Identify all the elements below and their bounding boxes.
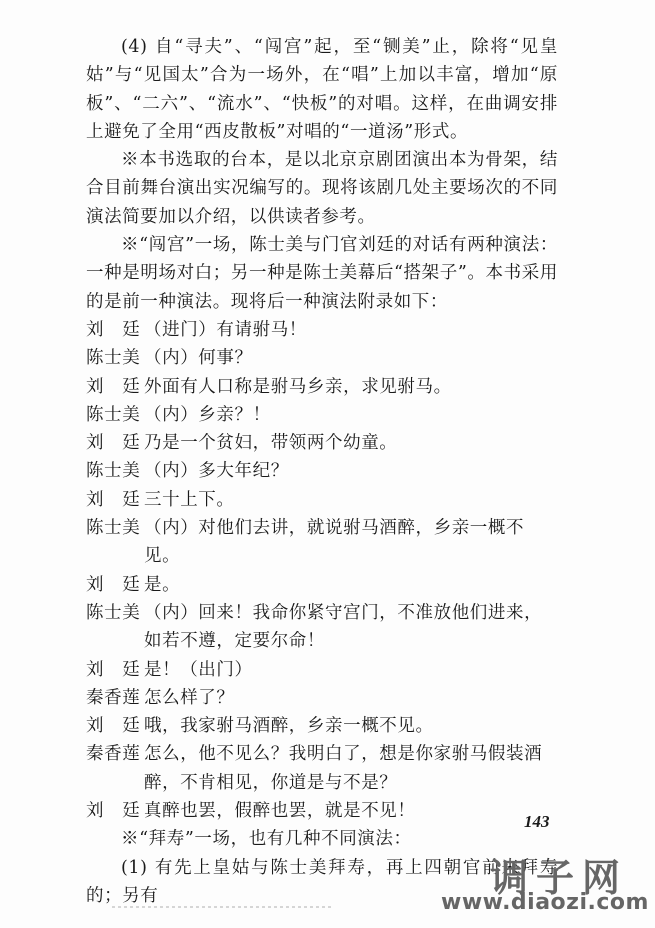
scan-artifact xyxy=(112,906,332,908)
speaker: 刘 廷 xyxy=(86,797,144,825)
paragraph-baishou-note: ※“拜寿”一场，也有几种不同演法： xyxy=(86,825,558,853)
dialogue-line: 陈士美（内）何事？ xyxy=(86,344,558,372)
line-text: 哦，我家驸马酒醉，乡亲一概不见。 xyxy=(144,712,558,740)
speaker: 刘 廷 xyxy=(86,486,144,514)
line-text: 真醉也罢，假醉也罢，就是不见！ xyxy=(144,797,558,825)
line-text: （内）回来！我命你紧守宫门，不准放他们进来，如若不遵，定要尔命！ xyxy=(144,599,558,656)
speaker: 陈士美 xyxy=(86,514,144,571)
dialogue-line: 陈士美（内）回来！我命你紧守宫门，不准放他们进来，如若不遵，定要尔命！ xyxy=(86,599,558,656)
line-text: 乃是一个贫妇，带领两个幼童。 xyxy=(144,429,558,457)
speaker: 陈士美 xyxy=(86,599,144,656)
page-body: (4) 自“寻夫”、“闯宫”起，至“铡美”止，除将“见皇姑”与“见国太”合为一场… xyxy=(86,33,558,910)
dialogue-line: 刘 廷三十上下。 xyxy=(86,486,558,514)
speaker: 陈士美 xyxy=(86,344,144,372)
line-text: 是。 xyxy=(144,571,558,599)
paragraph-chuanggong-note: ※“闯宫”一场，陈士美与门官刘廷的对话有两种演法：一种是明场对白；另一种是陈士美… xyxy=(86,231,558,316)
speaker: 秦香莲 xyxy=(86,684,144,712)
speaker: 刘 廷 xyxy=(86,429,144,457)
speaker: 刘 廷 xyxy=(86,316,144,344)
speaker: 陈士美 xyxy=(86,401,144,429)
line-text: 是！（出门） xyxy=(144,656,558,684)
dialogue-line: 陈士美（内）多大年纪？ xyxy=(86,457,558,485)
dialogue-line: 陈士美（内）对他们去讲，就说驸马酒醉，乡亲一概不见。 xyxy=(86,514,558,571)
line-text: 怎么样了？ xyxy=(144,684,558,712)
line-text: （内）乡亲？！ xyxy=(144,401,558,429)
dialogue-line: 秦香莲怎么样了？ xyxy=(86,684,558,712)
line-text: 三十上下。 xyxy=(144,486,558,514)
dialogue-line: 刘 廷真醉也罢，假醉也罢，就是不见！ xyxy=(86,797,558,825)
speaker: 刘 廷 xyxy=(86,571,144,599)
dialogue-line: 陈士美（内）乡亲？！ xyxy=(86,401,558,429)
line-text: 怎么，他不见么？我明白了，想是你家驸马假装酒醉，不肯相见，你道是与不是？ xyxy=(144,740,558,797)
line-text: 外面有人口称是驸马乡亲，求见驸马。 xyxy=(144,373,558,401)
line-text: （内）对他们去讲，就说驸马酒醉，乡亲一概不见。 xyxy=(144,514,558,571)
dialogue-line: 刘 廷是。 xyxy=(86,571,558,599)
dialogue-line: 刘 廷乃是一个贫妇，带领两个幼童。 xyxy=(86,429,558,457)
speaker: 刘 廷 xyxy=(86,656,144,684)
speaker: 陈士美 xyxy=(86,457,144,485)
paragraph-note-4: (4) 自“寻夫”、“闯宫”起，至“铡美”止，除将“见皇姑”与“见国太”合为一场… xyxy=(86,33,558,146)
dialogue-script: 刘 廷（进门）有请驸马！ 陈士美（内）何事？ 刘 廷外面有人口称是驸马乡亲，求见… xyxy=(86,316,558,825)
dialogue-line: 秦香莲怎么，他不见么？我明白了，想是你家驸马假装酒醉，不肯相见，你道是与不是？ xyxy=(86,740,558,797)
dialogue-line: 刘 廷是！（出门） xyxy=(86,656,558,684)
watermark-url: www.diaozi.com xyxy=(441,890,649,915)
dialogue-line: 刘 廷哦，我家驸马酒醉，乡亲一概不见。 xyxy=(86,712,558,740)
line-text: （内）多大年纪？ xyxy=(144,457,558,485)
dialogue-line: 刘 廷外面有人口称是驸马乡亲，求见驸马。 xyxy=(86,373,558,401)
line-text: （进门）有请驸马！ xyxy=(144,316,558,344)
paragraph-source-note: ※本书选取的台本，是以北京京剧团演出本为骨架，结合目前舞台演出实况编写的。现将该… xyxy=(86,146,558,231)
speaker: 秦香莲 xyxy=(86,740,144,797)
dialogue-line: 刘 廷（进门）有请驸马！ xyxy=(86,316,558,344)
speaker: 刘 廷 xyxy=(86,712,144,740)
line-text: （内）何事？ xyxy=(144,344,558,372)
page-number: 143 xyxy=(524,812,550,832)
speaker: 刘 廷 xyxy=(86,373,144,401)
